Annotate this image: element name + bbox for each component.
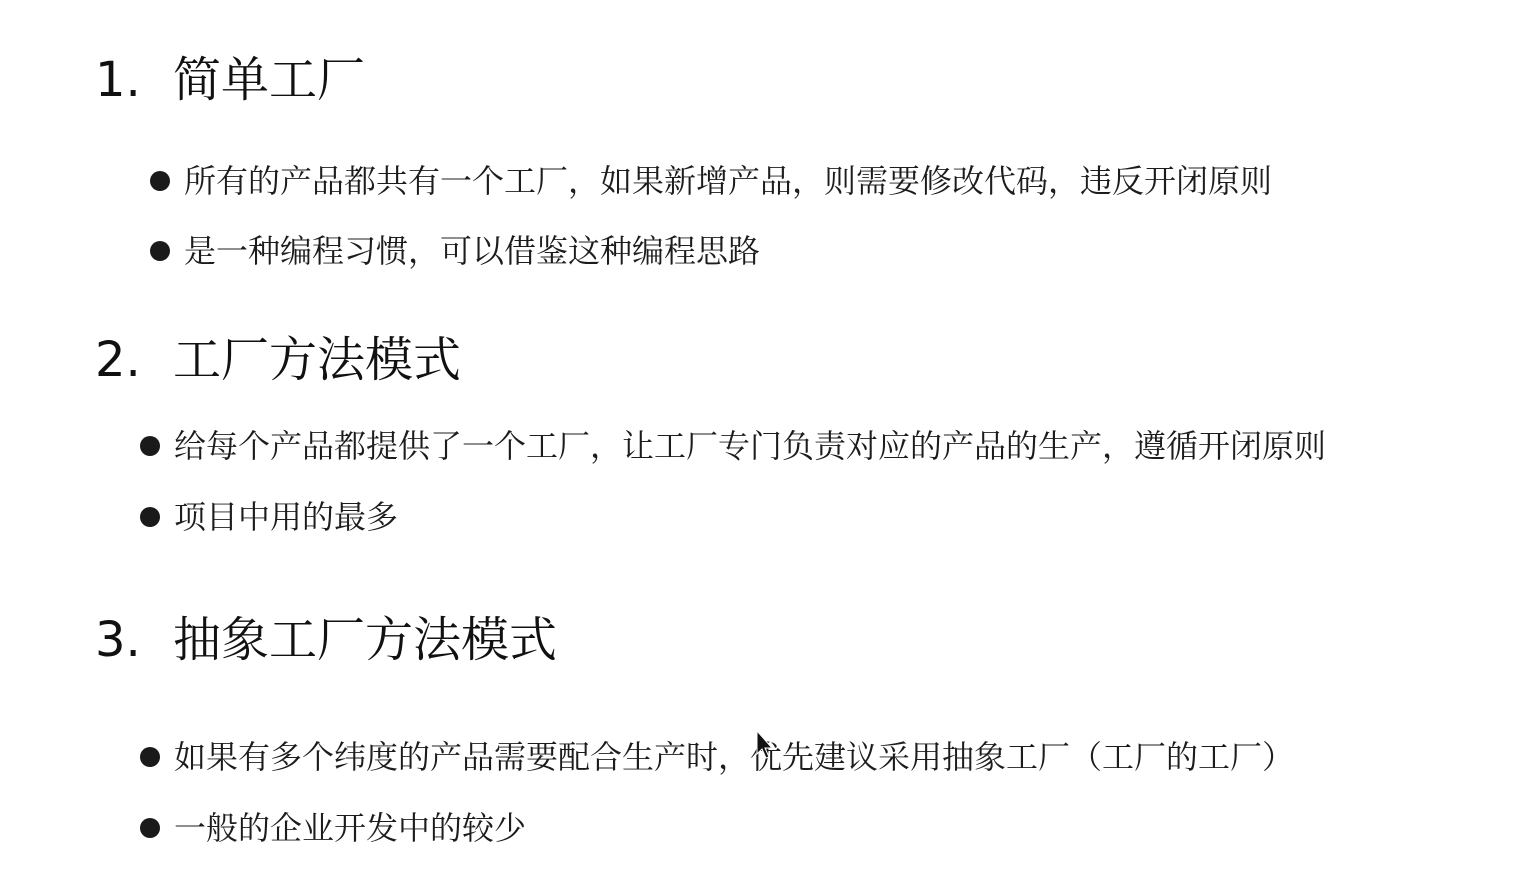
bullet-icon [140, 436, 160, 456]
section-3-number: 3. [95, 610, 173, 670]
section-3-title: 抽象工厂方法模式 [173, 612, 557, 668]
bullet-icon [140, 818, 160, 838]
bullet-icon [150, 171, 170, 191]
bullet-icon [140, 747, 160, 767]
section-2-title: 工厂方法模式 [173, 332, 461, 388]
section-2-number: 2. [95, 330, 173, 390]
bullet-icon [140, 507, 160, 527]
bullet-text: 是一种编程习惯，可以借鉴这种编程思路 [184, 229, 760, 273]
list-item: 所有的产品都共有一个工厂，如果新增产品，则需要修改代码，违反开闭原则 [150, 159, 1272, 203]
bullet-text: 如果有多个纬度的产品需要配合生产时，优先建议采用抽象工厂（工厂的工厂） [174, 735, 1294, 779]
bullet-text: 所有的产品都共有一个工厂，如果新增产品，则需要修改代码，违反开闭原则 [184, 159, 1272, 203]
list-item: 如果有多个纬度的产品需要配合生产时，优先建议采用抽象工厂（工厂的工厂） [140, 735, 1294, 779]
bullet-text: 一般的企业开发中的较少 [174, 806, 526, 850]
section-3-heading: 3.抽象工厂方法模式 [95, 610, 557, 670]
section-1-number: 1. [95, 50, 173, 110]
section-1-title: 简单工厂 [173, 52, 365, 108]
list-item: 给每个产品都提供了一个工厂，让工厂专门负责对应的产品的生产，遵循开闭原则 [140, 424, 1326, 468]
bullet-text: 给每个产品都提供了一个工厂，让工厂专门负责对应的产品的生产，遵循开闭原则 [174, 424, 1326, 468]
bullet-icon [150, 241, 170, 261]
mouse-cursor-icon [756, 730, 776, 760]
list-item: 是一种编程习惯，可以借鉴这种编程思路 [150, 229, 760, 273]
list-item: 一般的企业开发中的较少 [140, 806, 526, 850]
bullet-text: 项目中用的最多 [174, 495, 398, 539]
section-1-heading: 1.简单工厂 [95, 50, 365, 110]
section-2-heading: 2.工厂方法模式 [95, 330, 461, 390]
list-item: 项目中用的最多 [140, 495, 398, 539]
